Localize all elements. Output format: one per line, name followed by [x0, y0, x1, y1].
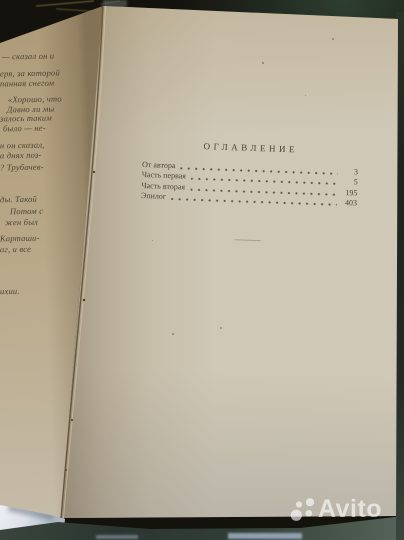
left-text-fragment: жен был: [5, 218, 38, 227]
left-text-fragment: панная снегом: [0, 79, 54, 88]
left-text-fragment: Карташи-: [0, 234, 40, 243]
left-text-fragment: было — не-: [3, 124, 46, 133]
table-of-contents: ОГЛАВЛЕНИЕ От автора 3 Часть первая 5 Ча…: [140, 140, 359, 245]
toc-entry-page: 3: [341, 168, 358, 177]
toc-entry-label: Эпилог: [141, 192, 166, 201]
left-text-fragment: Потом с: [10, 207, 43, 216]
toc-entry-label: Часть вторая: [141, 182, 185, 192]
left-text-fragment: ? Трубачев-: [0, 163, 44, 172]
paper-speck: [152, 240, 153, 241]
paper-speck: [220, 327, 222, 329]
toc-entry-label: От автора: [142, 161, 176, 170]
left-text-fragment: н он сказал,: [0, 141, 45, 150]
left-text-fragment: залось таким: [0, 114, 52, 123]
toc-entry-label: Часть первая: [142, 171, 186, 181]
paper-speck: [332, 38, 334, 40]
toc-entry-page: 195: [340, 189, 357, 198]
toc-entry-page: 5: [341, 178, 358, 187]
book-photo: — сказал он и еря, за которой панная сне…: [0, 0, 404, 540]
avito-watermark: Avito: [288, 495, 382, 523]
avito-logo-icon: [288, 495, 316, 523]
left-text-fragment: а днях поз-: [0, 151, 42, 160]
left-text-fragment: аг, и все: [0, 245, 31, 254]
left-text-fragment: — сказал он и: [2, 52, 54, 61]
gutter-crease: [0, 0, 404, 540]
toc-entry-page: 403: [340, 199, 357, 208]
left-text-fragment: ды. Такой: [0, 195, 37, 204]
avito-watermark-text: Avito: [318, 496, 382, 522]
paper-speck: [262, 62, 264, 64]
left-text-fragment: ихии.: [0, 287, 20, 296]
dot-leader: [171, 198, 337, 206]
paper-speck: [172, 333, 174, 335]
left-text-fragment: «Хорошо, что: [8, 95, 62, 104]
paper-speck: [305, 95, 306, 96]
